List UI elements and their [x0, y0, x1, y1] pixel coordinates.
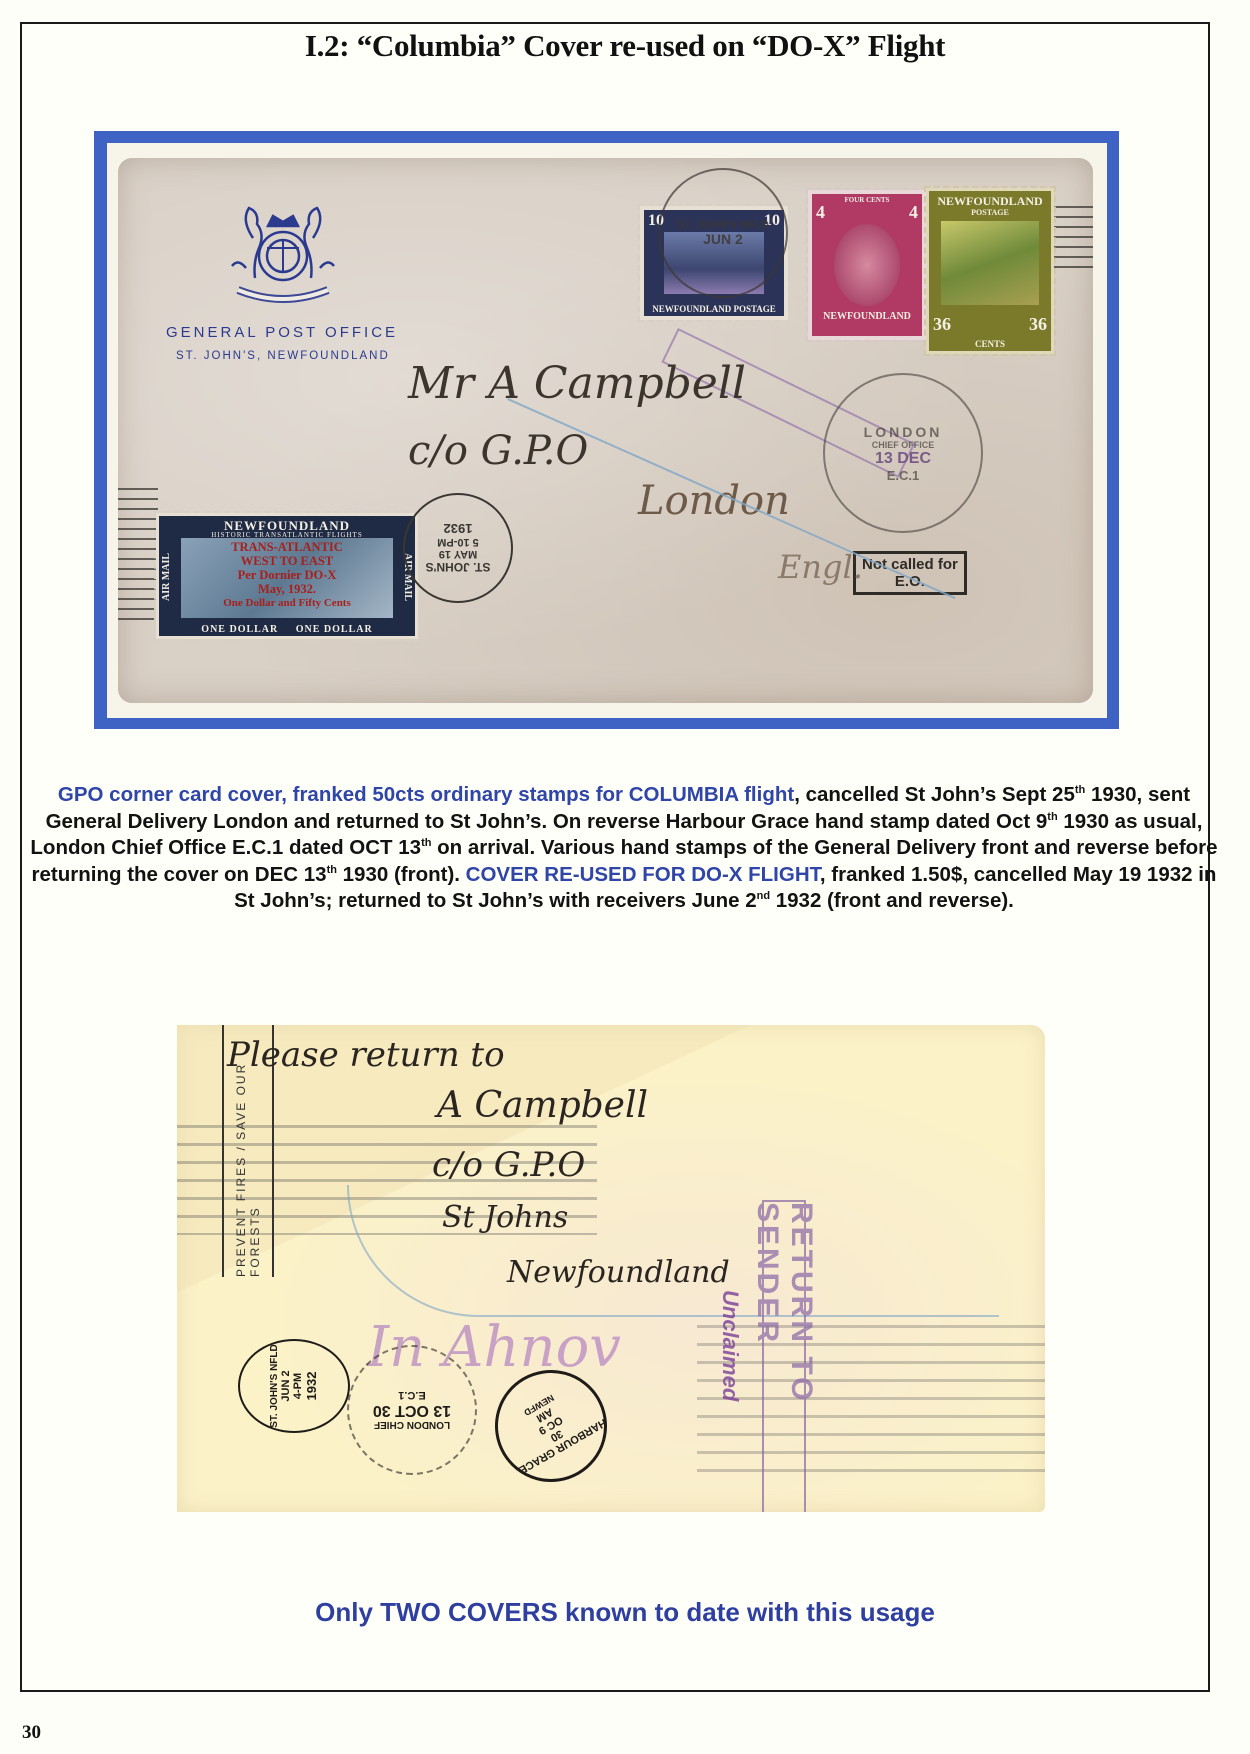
stamp-value: 36	[1029, 314, 1047, 335]
caption-highlight: GPO corner card cover, franked 50cts ord…	[58, 783, 794, 806]
ordinal-suffix: th	[1047, 811, 1057, 823]
machine-cancel-bars	[118, 488, 158, 550]
overprint-line: May, 1932.	[183, 582, 391, 596]
postmark-text: E.C.1	[373, 1390, 451, 1402]
postmark-st-johns-jun2: ST. JOHN'S NFLDJUN 2	[658, 168, 788, 298]
postmark-london-chief-office: LONDON CHIEF 13 OCT 30 E.C.1	[347, 1345, 477, 1475]
postmark-time: 4-PM	[292, 1344, 304, 1428]
caption-text: , cancelled St John’s Sept 25	[794, 783, 1075, 806]
stamp-label: NEWFOUNDLAND POSTAGE	[644, 304, 784, 314]
cover-front: GENERAL POST OFFICE ST. JOHN'S, NEWFOUND…	[118, 158, 1093, 703]
postmark-text: ST. JOHN'S	[426, 561, 491, 575]
postmark-london: LONDON CHIEF OFFICE 13 DEC E.C.1	[823, 373, 983, 533]
stamp-value: 4	[909, 202, 918, 223]
corner-card-title: GENERAL POST OFFICE	[166, 324, 398, 341]
do-x-airmail-stamp: NEWFOUNDLAND HISTORIC TRANSATLANTIC FLIG…	[156, 513, 418, 639]
ordinal-suffix: th	[421, 837, 431, 849]
overprint-line: WEST TO EAST	[183, 554, 391, 568]
overprint-line: Per Dornier DO-X	[183, 568, 391, 582]
page-title: I.2: “Columbia” Cover re-used on “DO-X” …	[0, 28, 1250, 64]
address-line-1: Mr A Campbell	[408, 358, 746, 409]
postmark-st-johns-jun2-1932: ST. JOHN'S NFLD JUN 2 4-PM 1932	[238, 1339, 350, 1433]
ordinal-suffix: th	[1075, 784, 1085, 796]
postmark-date: 13 DEC	[864, 450, 943, 468]
stamp-label: NEWFOUNDLAND	[929, 194, 1051, 209]
postmark-text: ST. JOHN'S NFLD	[269, 1344, 280, 1428]
postmark-text: E.C.1	[864, 468, 943, 483]
stamp-value: 36	[933, 314, 951, 335]
address-line-2: c/o G.P.O	[408, 428, 588, 474]
denomination-right: ONE DOLLAR	[296, 624, 373, 635]
stamp-label: CENTS	[929, 339, 1051, 349]
return-line-1: Please return to	[227, 1035, 505, 1075]
stamp-value: 4	[816, 202, 825, 223]
page-number: 30	[22, 1722, 41, 1744]
ordinal-suffix: th	[327, 864, 337, 876]
return-to-sender-band: RETURN TO SENDER	[762, 1200, 806, 1512]
cover-back: PREVENT FIRES / SAVE OUR FORESTS Please …	[177, 1025, 1045, 1512]
return-line-2: A Campbell	[437, 1085, 648, 1126]
address-line-4: Engl.	[778, 548, 863, 586]
machine-cancel-bars	[118, 558, 158, 620]
stamp-36-cents: NEWFOUNDLAND POSTAGE 36 36 CENTS	[926, 188, 1054, 354]
postmark-date: JUN 2	[280, 1344, 292, 1428]
postmark-year: 1932	[304, 1344, 319, 1428]
address-line-3: London	[638, 478, 790, 524]
postmark-text: LONDON	[864, 424, 943, 440]
blue-crayon-arc	[347, 1185, 999, 1317]
stamp-vignette	[941, 221, 1039, 305]
description-caption: GPO corner card cover, franked 50cts ord…	[30, 782, 1218, 915]
postmark-date: 13 OCT 30	[373, 1402, 451, 1420]
overprint-line: TRANS-ATLANTIC	[183, 540, 391, 554]
stamp-label: FOUR CENTS	[812, 196, 922, 204]
do-x-overprint: TRANS-ATLANTIC WEST TO EAST Per Dornier …	[183, 540, 391, 610]
caption-highlight: COVER RE-USED FOR DO-X FLIGHT	[466, 863, 820, 886]
overprint-line: One Dollar and Fifty Cents	[183, 596, 391, 610]
postmark-st-johns-may19-1932: ST. JOHN'S MAY 19 5 10-PM 1932	[403, 493, 513, 603]
postmark-text: CHIEF OFFICE	[864, 440, 943, 450]
postmark-date: MAY 19	[426, 549, 491, 561]
airmail-denomination: ONE DOLLAR ONE DOLLAR	[159, 624, 415, 635]
denomination-left: ONE DOLLAR	[201, 624, 278, 635]
postmark-time: 5 10-PM	[426, 537, 491, 549]
stamp-4-cents: FOUR CENTS 4 4 NEWFOUNDLAND	[808, 190, 926, 340]
caption-text: 1932 (front and reverse).	[770, 889, 1014, 912]
postmark-text: ST. JOHN'S NFLD	[677, 219, 769, 231]
unclaimed-stamp: Unclaimed	[717, 1290, 743, 1401]
postmark-text: LONDON CHIEF	[373, 1420, 451, 1431]
ordinal-suffix: nd	[757, 891, 770, 903]
return-line-3: c/o G.P.O	[432, 1145, 585, 1185]
airmail-side-label: AIR MAIL	[161, 536, 179, 618]
stamp-label: POSTAGE	[929, 208, 1051, 217]
stamp-label: NEWFOUNDLAND	[812, 311, 922, 322]
postmark-date: JUN 2	[677, 231, 769, 247]
box-stamp-line: E.O.	[862, 573, 958, 590]
stamp-portrait	[834, 224, 900, 306]
caption-text: 1930 (front).	[337, 863, 466, 886]
footer-note: Only TWO COVERS known to date with this …	[0, 1597, 1250, 1628]
postmark-year: 1932	[426, 522, 491, 537]
not-called-for-stamp: Not called for E.O.	[853, 551, 967, 595]
royal-crest-icon	[208, 198, 358, 318]
corner-card-address: ST. JOHN'S, NEWFOUNDLAND	[176, 350, 390, 362]
